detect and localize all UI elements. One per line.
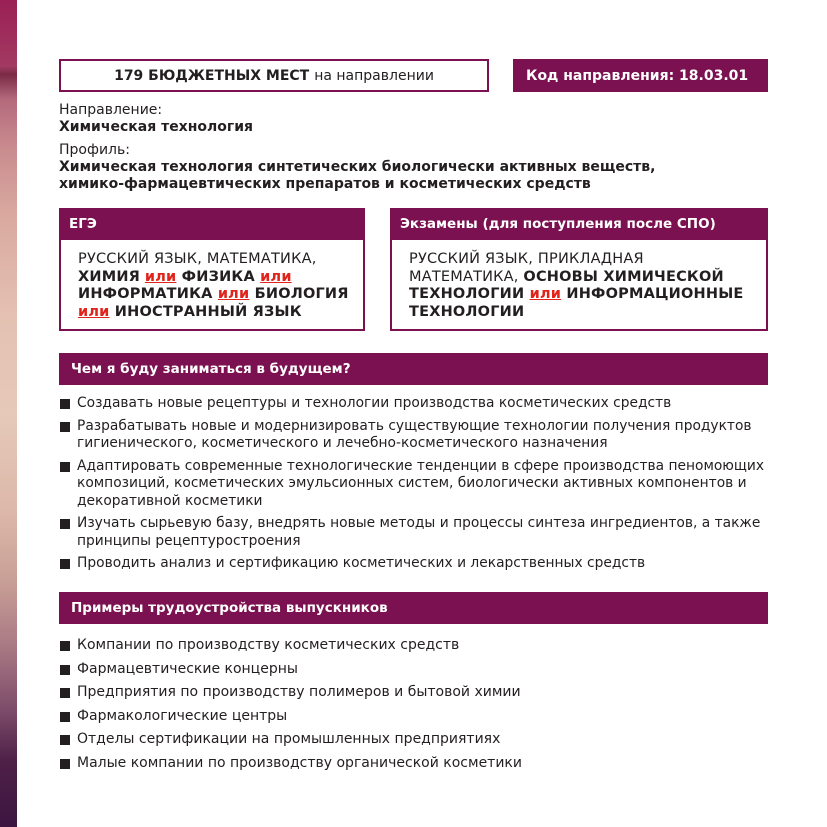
future-activities-list: Создавать новые рецептуры и технологии п… — [59, 395, 774, 578]
square-bullet-icon — [60, 519, 70, 529]
list-item: Изучать сырьевую базу, внедрять новые ме… — [59, 515, 774, 550]
ege-line-1: Русский язык, математика, — [78, 251, 363, 269]
subject-text: технологии — [409, 286, 530, 302]
budget-places-box: 179 БЮДЖЕТНЫХ МЕСТ на направлении — [59, 59, 489, 92]
list-item-text: Изучать сырьевую базу, внедрять новые ме… — [77, 515, 760, 549]
direction-code-badge: Код направления: 18.03.01 — [513, 59, 768, 92]
list-item-text: Адаптировать современные технологические… — [77, 458, 764, 509]
budget-count: 179 БЮДЖЕТНЫХ МЕСТ — [114, 68, 309, 84]
or-connector: или — [145, 269, 177, 285]
budget-suffix: на направлении — [314, 68, 434, 84]
spo-exams-card: Экзамены (для поступления после СПО) Рус… — [390, 208, 768, 331]
list-item: Предприятия по производству полимеров и … — [59, 684, 774, 702]
list-item: Адаптировать современные технологические… — [59, 458, 774, 511]
list-item: Компании по производству косметических с… — [59, 637, 774, 655]
profile-value-line1: Химическая технология синтетических биол… — [59, 159, 779, 176]
square-bullet-icon — [60, 559, 70, 569]
direction-label: Направление: — [59, 102, 779, 119]
subject-text: технологии — [409, 304, 524, 320]
list-item: Создавать новые рецептуры и технологии п… — [59, 395, 774, 413]
list-item-text: Проводить анализ и сертификацию косметич… — [77, 555, 645, 571]
square-bullet-icon — [60, 665, 70, 675]
ege-card: ЕГЭ Русский язык, математика, Химия или … — [59, 208, 365, 331]
future-section-header: Чем я буду заниматься в будущем? — [59, 353, 768, 385]
direction-info: Направление: Химическая технология Профи… — [59, 102, 779, 193]
square-bullet-icon — [60, 712, 70, 722]
subject-text: Иностранный язык — [110, 304, 302, 320]
spo-line-4: технологии — [409, 304, 766, 322]
list-item: Фармацевтические концерны — [59, 661, 774, 679]
square-bullet-icon — [60, 641, 70, 651]
spo-line-2: математика, Основы химической — [409, 269, 766, 287]
square-bullet-icon — [60, 759, 70, 769]
ege-line-2: Химия или Физика или — [78, 269, 363, 287]
square-bullet-icon — [60, 462, 70, 472]
list-item-text: Компании по производству косметических с… — [77, 637, 459, 653]
top-row: 179 БЮДЖЕТНЫХ МЕСТ на направлении Код на… — [59, 59, 768, 92]
square-bullet-icon — [60, 422, 70, 432]
subject-text: Информатика — [78, 286, 218, 302]
subject-text: математика, — [409, 269, 523, 285]
list-item: Проводить анализ и сертификацию косметич… — [59, 555, 774, 573]
ege-card-body: Русский язык, математика, Химия или Физи… — [61, 240, 363, 321]
or-connector: или — [78, 304, 110, 320]
spo-card-title: Экзамены (для поступления после СПО) — [390, 208, 768, 240]
list-item: Разрабатывать новые и модернизировать су… — [59, 418, 774, 453]
or-connector: или — [530, 286, 562, 302]
list-item-text: Отделы сертификации на промышленных пред… — [77, 731, 500, 747]
profile-label: Профиль: — [59, 142, 779, 159]
square-bullet-icon — [60, 399, 70, 409]
spo-line-3: технологии или информационные — [409, 286, 766, 304]
subject-text: Основы химической — [523, 269, 723, 285]
ege-card-title: ЕГЭ — [59, 208, 365, 240]
subject-text: Биология — [249, 286, 348, 302]
list-item-text: Предприятия по производству полимеров и … — [77, 684, 521, 700]
jobs-section-title: Примеры трудоустройства выпускников — [71, 600, 388, 616]
square-bullet-icon — [60, 735, 70, 745]
spo-line-1: Русский язык, прикладная — [409, 251, 766, 269]
list-item-text: Разрабатывать новые и модернизировать су… — [77, 418, 752, 452]
square-bullet-icon — [60, 688, 70, 698]
profile-value-line2: химико-фармацевтических препаратов и кос… — [59, 176, 779, 193]
ege-line-4: или Иностранный язык — [78, 304, 363, 322]
decorative-photo-strip — [0, 0, 17, 827]
or-connector: или — [260, 269, 292, 285]
jobs-section-header: Примеры трудоустройства выпускников — [59, 592, 768, 624]
subject-text: Химия — [78, 269, 140, 285]
list-item: Фармакологические центры — [59, 708, 774, 726]
list-item: Малые компании по производству органичес… — [59, 755, 774, 773]
list-item-text: Фармацевтические концерны — [77, 661, 298, 677]
list-item: Отделы сертификации на промышленных пред… — [59, 731, 774, 749]
spo-card-body: Русский язык, прикладная математика, Осн… — [392, 240, 766, 321]
direction-value: Химическая технология — [59, 119, 779, 136]
subject-text: Физика — [176, 269, 260, 285]
direction-code-label: Код направления: 18.03.01 — [526, 68, 748, 84]
employment-examples-list: Компании по производству косметических с… — [59, 637, 774, 778]
list-item-text: Малые компании по производству органичес… — [77, 755, 522, 771]
ege-line-3: Информатика или Биология — [78, 286, 363, 304]
or-connector: или — [218, 286, 250, 302]
subject-text: информационные — [561, 286, 743, 302]
list-item-text: Фармакологические центры — [77, 708, 287, 724]
future-section-title: Чем я буду заниматься в будущем? — [71, 361, 351, 377]
list-item-text: Создавать новые рецептуры и технологии п… — [77, 395, 671, 411]
